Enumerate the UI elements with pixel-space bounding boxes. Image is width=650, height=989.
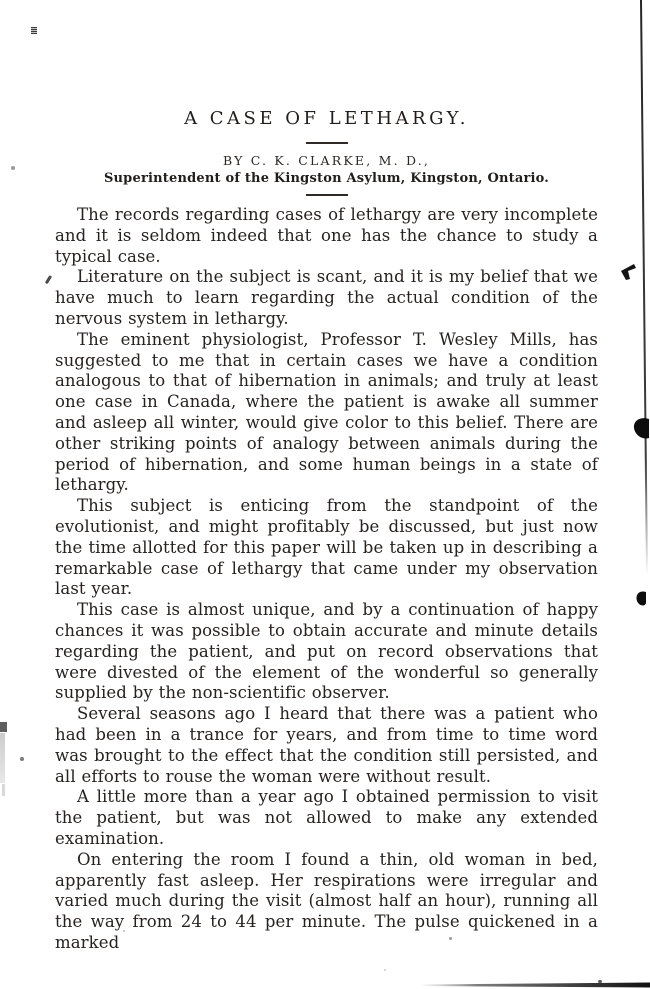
page-title: A CASE OF LETHARGY. (55, 106, 598, 132)
scan-bottom-shadow (420, 983, 650, 988)
paragraph: The records regarding cases of lethargy … (55, 205, 598, 267)
scan-edge-line (641, 0, 647, 575)
article: A CASE OF LETHARGY. BY C. K. CLARKE, M. … (55, 106, 598, 954)
byline-divider (306, 194, 348, 196)
paragraph: A little more than a year ago I obtained… (55, 787, 598, 849)
paragraph: On entering the room I found a thin, old… (55, 850, 598, 954)
scan-edge-smudge (0, 722, 7, 732)
paragraph: This subject is enticing from the standp… (55, 496, 598, 600)
title-divider (306, 142, 348, 144)
byline: BY C. K. CLARKE, M. D., (55, 153, 598, 169)
scan-pen-mark (45, 275, 52, 284)
paragraph: This case is almost unique, and by a con… (55, 600, 598, 704)
scan-ink-blob (636, 592, 646, 606)
scan-speck (598, 980, 602, 983)
paragraph: Several seasons ago I heard that there w… (55, 704, 598, 787)
scanned-page: A CASE OF LETHARGY. BY C. K. CLARKE, M. … (0, 0, 650, 989)
scan-arrow-mark (621, 264, 636, 280)
scan-edge-streak (2, 784, 5, 796)
scan-speck (11, 166, 15, 170)
paragraph: The eminent physiologist, Professor T. W… (55, 330, 598, 496)
scan-stripe-mark (31, 27, 37, 34)
page: { "header": { "title": "A CASE OF LETHAR… (0, 0, 650, 989)
article-body: The records regarding cases of lethargy … (55, 205, 598, 954)
paragraph: Literature on the subject is scant, and … (55, 267, 598, 329)
scan-speck (20, 757, 24, 761)
scan-speck (384, 969, 386, 971)
scan-ink-blob (634, 418, 649, 438)
affiliation: Superintendent of the Kingston Asylum, K… (55, 170, 598, 187)
scan-edge-streak (0, 733, 5, 783)
